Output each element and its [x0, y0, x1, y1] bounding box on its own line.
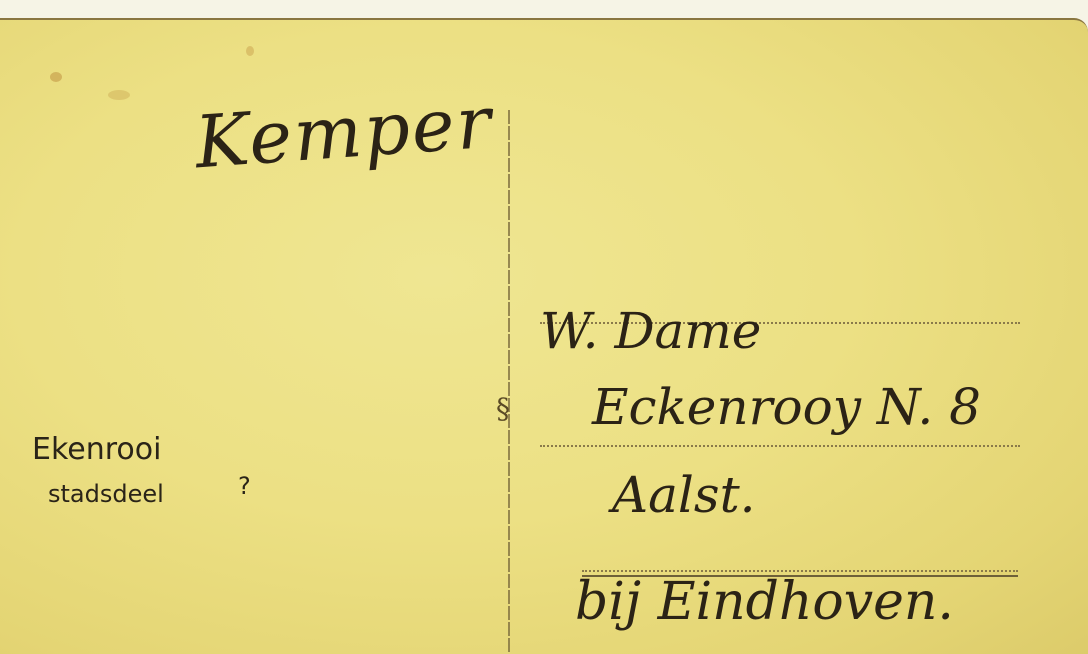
- sender-name: Kemper: [192, 80, 495, 185]
- stain: [50, 72, 62, 82]
- annotation-question-mark: ?: [238, 472, 251, 500]
- annotation-district: stadsdeel: [48, 480, 164, 508]
- stain: [246, 46, 254, 56]
- address-line-region: bij Eindhoven.: [575, 572, 954, 632]
- address-line-name: W. Dame: [540, 302, 761, 360]
- center-divider-line: [508, 110, 510, 654]
- address-line-street: Eckenrooy N. 8: [592, 378, 981, 436]
- divider-ornament-icon: §: [496, 392, 510, 425]
- address-dotted-line: [540, 445, 1020, 447]
- address-line-town: Aalst.: [612, 466, 756, 524]
- stain: [108, 90, 130, 100]
- annotation-place: Ekenrooi: [32, 432, 161, 467]
